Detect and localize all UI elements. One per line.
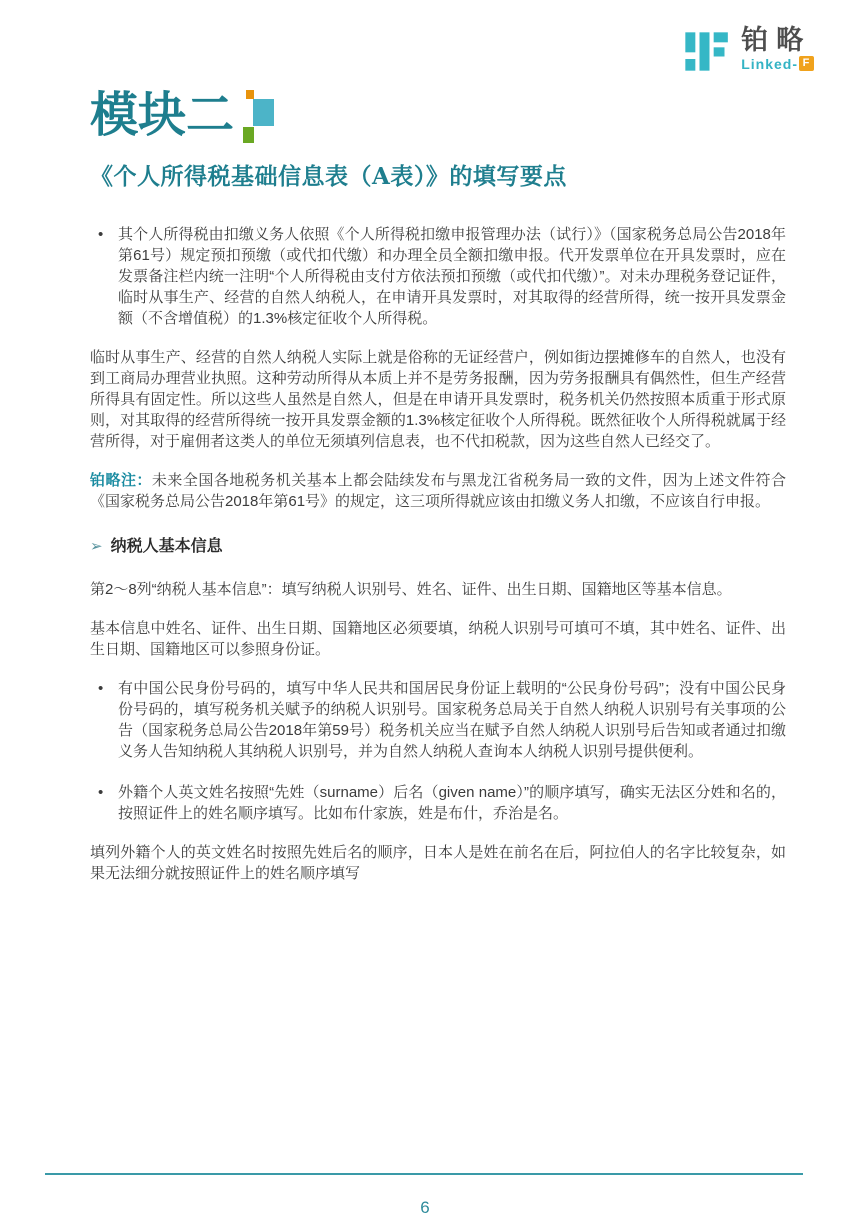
paragraph-foreign-name-order: 填列外籍个人的英文姓名时按照先姓后名的顺序，日本人是姓在前名在后，阿拉伯人的名字… — [90, 842, 786, 884]
bullet-icon: • — [90, 224, 118, 329]
bullet-item-text: 有中国公民身份号码的，填写中华人民共和国居民身份证上载明的“公民身份号码”；没有… — [118, 678, 786, 762]
brand-text: 铂略 Linked- F — [741, 26, 814, 72]
paragraph-unlicensed-operators: 临时从事生产、经营的自然人纳税人实际上就是俗称的无证经营户，例如街边摆摊修车的自… — [90, 347, 786, 452]
brand-logo: 铂略 Linked- F — [682, 24, 814, 74]
bullet-item-text: 外籍个人英文姓名按照“先姓（surname）后名（given name）”的顺序… — [118, 782, 786, 824]
decorative-square-teal — [253, 99, 274, 126]
bullet-list-1: • 其个人所得税由扣缴义务人依照《个人所得税扣缴申报管理办法（试行）》（国家税务… — [90, 224, 786, 329]
bolue-note-text: 未来全国各地税务机关基本上都会陆续发布与黑龙江省税务局一致的文件，因为上述文件符… — [90, 472, 786, 510]
footer-divider — [45, 1173, 803, 1175]
bullet-item-text: 其个人所得税由扣缴义务人依照《个人所得税扣缴申报管理办法（试行）》（国家税务总局… — [118, 224, 786, 329]
arrow-icon: ➢ — [90, 536, 103, 557]
paragraph-required-fields: 基本信息中姓名、证件、出生日期、国籍地区必须要填，纳税人识别号可填可不填，其中姓… — [90, 618, 786, 660]
section-heading-taxpayer-basic-info: ➢ 纳税人基本信息 — [90, 536, 786, 557]
decorative-square-green — [243, 127, 254, 143]
linked-f-logo-icon — [682, 24, 732, 74]
bullet-item-foreign-names: • 外籍个人英文姓名按照“先姓（surname）后名（given name）”的… — [90, 782, 786, 824]
decorative-squares — [240, 90, 280, 150]
bullet-item-withholding-rules: • 其个人所得税由扣缴义务人依照《个人所得税扣缴申报管理办法（试行）》（国家税务… — [90, 224, 786, 329]
brand-name-english-text: Linked- — [741, 56, 798, 72]
note-paragraph: 铂略注：未来全国各地税务机关基本上都会陆续发布与黑龙江省税务局一致的文件，因为上… — [90, 470, 786, 512]
bullet-list-2: • 有中国公民身份号码的，填写中华人民共和国居民身份证上载明的“公民身份号码”；… — [90, 678, 786, 824]
paragraph-columns-2-8: 第2～8列“纳税人基本信息”：填写纳税人识别号、姓名、证件、出生日期、国籍地区等… — [90, 579, 786, 600]
page-number: 6 — [0, 1198, 850, 1218]
brand-name-chinese: 铂略 — [741, 26, 811, 56]
document-page: 铂略 Linked- F 模块二 《个人所得税基础信息表（A表）》的填写要点 •… — [0, 0, 850, 1228]
brand-name-english: Linked- F — [741, 56, 814, 72]
section-heading-text: 纳税人基本信息 — [111, 536, 223, 557]
bullet-icon: • — [90, 678, 118, 762]
bolue-note-label: 铂略注： — [90, 472, 152, 489]
bullet-icon: • — [90, 782, 118, 824]
document-body: • 其个人所得税由扣缴义务人依照《个人所得税扣缴申报管理办法（试行）》（国家税务… — [90, 224, 786, 902]
logo-f-badge: F — [799, 56, 814, 71]
module-title: 模块二 — [90, 88, 234, 143]
page-subtitle: 《个人所得税基础信息表（A表）》的填写要点 — [90, 158, 790, 191]
decorative-square-orange — [246, 90, 254, 99]
bullet-item-id-number: • 有中国公民身份号码的，填写中华人民共和国居民身份证上载明的“公民身份号码”；… — [90, 678, 786, 762]
